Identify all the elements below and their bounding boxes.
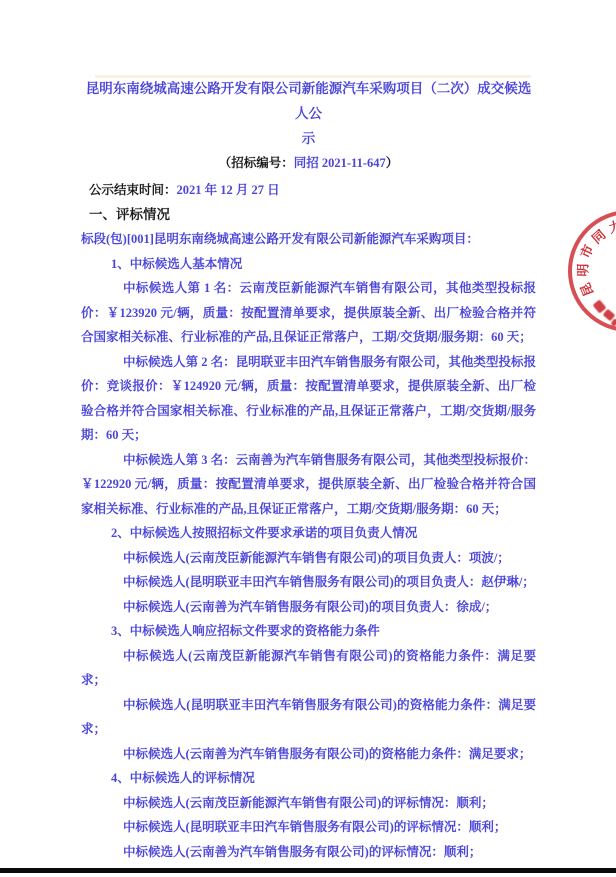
publicity-end-time-value: 2021 年 12 月 27 日 [177, 183, 280, 197]
evaluation-line-3: 中标候选人(云南善为汽车销售服务有限公司)的评标情况：顺利； [81, 840, 536, 865]
bid-number-prefix: （招标编号： [219, 156, 294, 170]
title-block: 昆明东南绕城高速公路开发有限公司新能源汽车采购项目（二次）成交候选人公 示 （招… [81, 76, 536, 176]
bottom-black-bar [0, 868, 616, 873]
publicity-end-time-label: 公示结束时间： [89, 183, 177, 197]
publicity-end-time-line: 公示结束时间：2021 年 12 月 27 日 [81, 178, 536, 203]
subheading-qualification: 3、中标候选人响应招标文件要求的资格能力条件 [81, 619, 536, 644]
candidate-3-paragraph: 中标候选人第 3 名：云南善为汽车销售服务有限公司，其他类型投标报价：￥1229… [81, 448, 536, 522]
subheading-evaluation-status: 4、中标候选人的评标情况 [81, 766, 536, 791]
stamp-arc-char: 明 [572, 263, 591, 276]
evaluation-line-2: 中标候选人(昆明联亚丰田汽车销售服务有限公司)的评标情况：顺利； [81, 815, 536, 840]
lot-line: 标段(包)[001]昆明东南绕城高速公路开发有限公司新能源汽车采购项目： [81, 227, 536, 252]
manager-line-3: 中标候选人(云南善为汽车销售服务有限公司)的项目负责人：徐成/； [81, 595, 536, 620]
document-page: 昆明东南绕城高速公路开发有限公司新能源汽车采购项目（二次）成交候选人公 示 （招… [0, 0, 616, 877]
bid-number-value: 同招 2021-11-647 [294, 156, 386, 170]
bid-number-suffix: ） [386, 156, 399, 170]
subheading-project-managers: 2、中标候选人按照招标文件要求承诺的项目负责人情况 [81, 521, 536, 546]
candidate-2-paragraph: 中标候选人第 2 名：昆明联亚丰田汽车销售服务有限公司，其他类型投标报价：竞谈报… [81, 350, 536, 448]
qualification-line-1: 中标候选人(云南茂臣新能源汽车销售有限公司)的资格能力条件：满足要求； [81, 644, 536, 693]
page-title-line2: 示 [81, 126, 536, 151]
qualification-line-3: 中标候选人(云南善为汽车销售服务有限公司)的资格能力条件：满足要求； [81, 742, 536, 767]
manager-line-1: 中标候选人(云南茂臣新能源汽车销售有限公司)的项目负责人：项波/； [81, 546, 536, 571]
candidate-1-paragraph: 中标候选人第 1 名：云南茂臣新能源汽车销售有限公司，其他类型投标报价：￥123… [81, 276, 536, 350]
qualification-line-2: 中标候选人(昆明联亚丰田汽车销售服务有限公司)的资格能力条件：满足要求； [81, 693, 536, 742]
evaluation-line-1: 中标候选人(云南茂臣新能源汽车销售有限公司)的评标情况：顺利； [81, 791, 536, 816]
manager-line-2: 中标候选人(昆明联亚丰田汽车销售服务有限公司)的项目负责人：赵伊琳/； [81, 570, 536, 595]
document-body: 公示结束时间：2021 年 12 月 27 日 一、评标情况 标段(包)[001… [81, 178, 536, 864]
bid-number-line: （招标编号：同招 2021-11-647） [81, 151, 536, 176]
page-title-line1: 昆明东南绕城高速公路开发有限公司新能源汽车采购项目（二次）成交候选人公 [81, 76, 536, 126]
subheading-basic-info: 1、中标候选人基本情况 [81, 252, 536, 277]
section-heading-evaluation: 一、评标情况 [81, 203, 536, 228]
